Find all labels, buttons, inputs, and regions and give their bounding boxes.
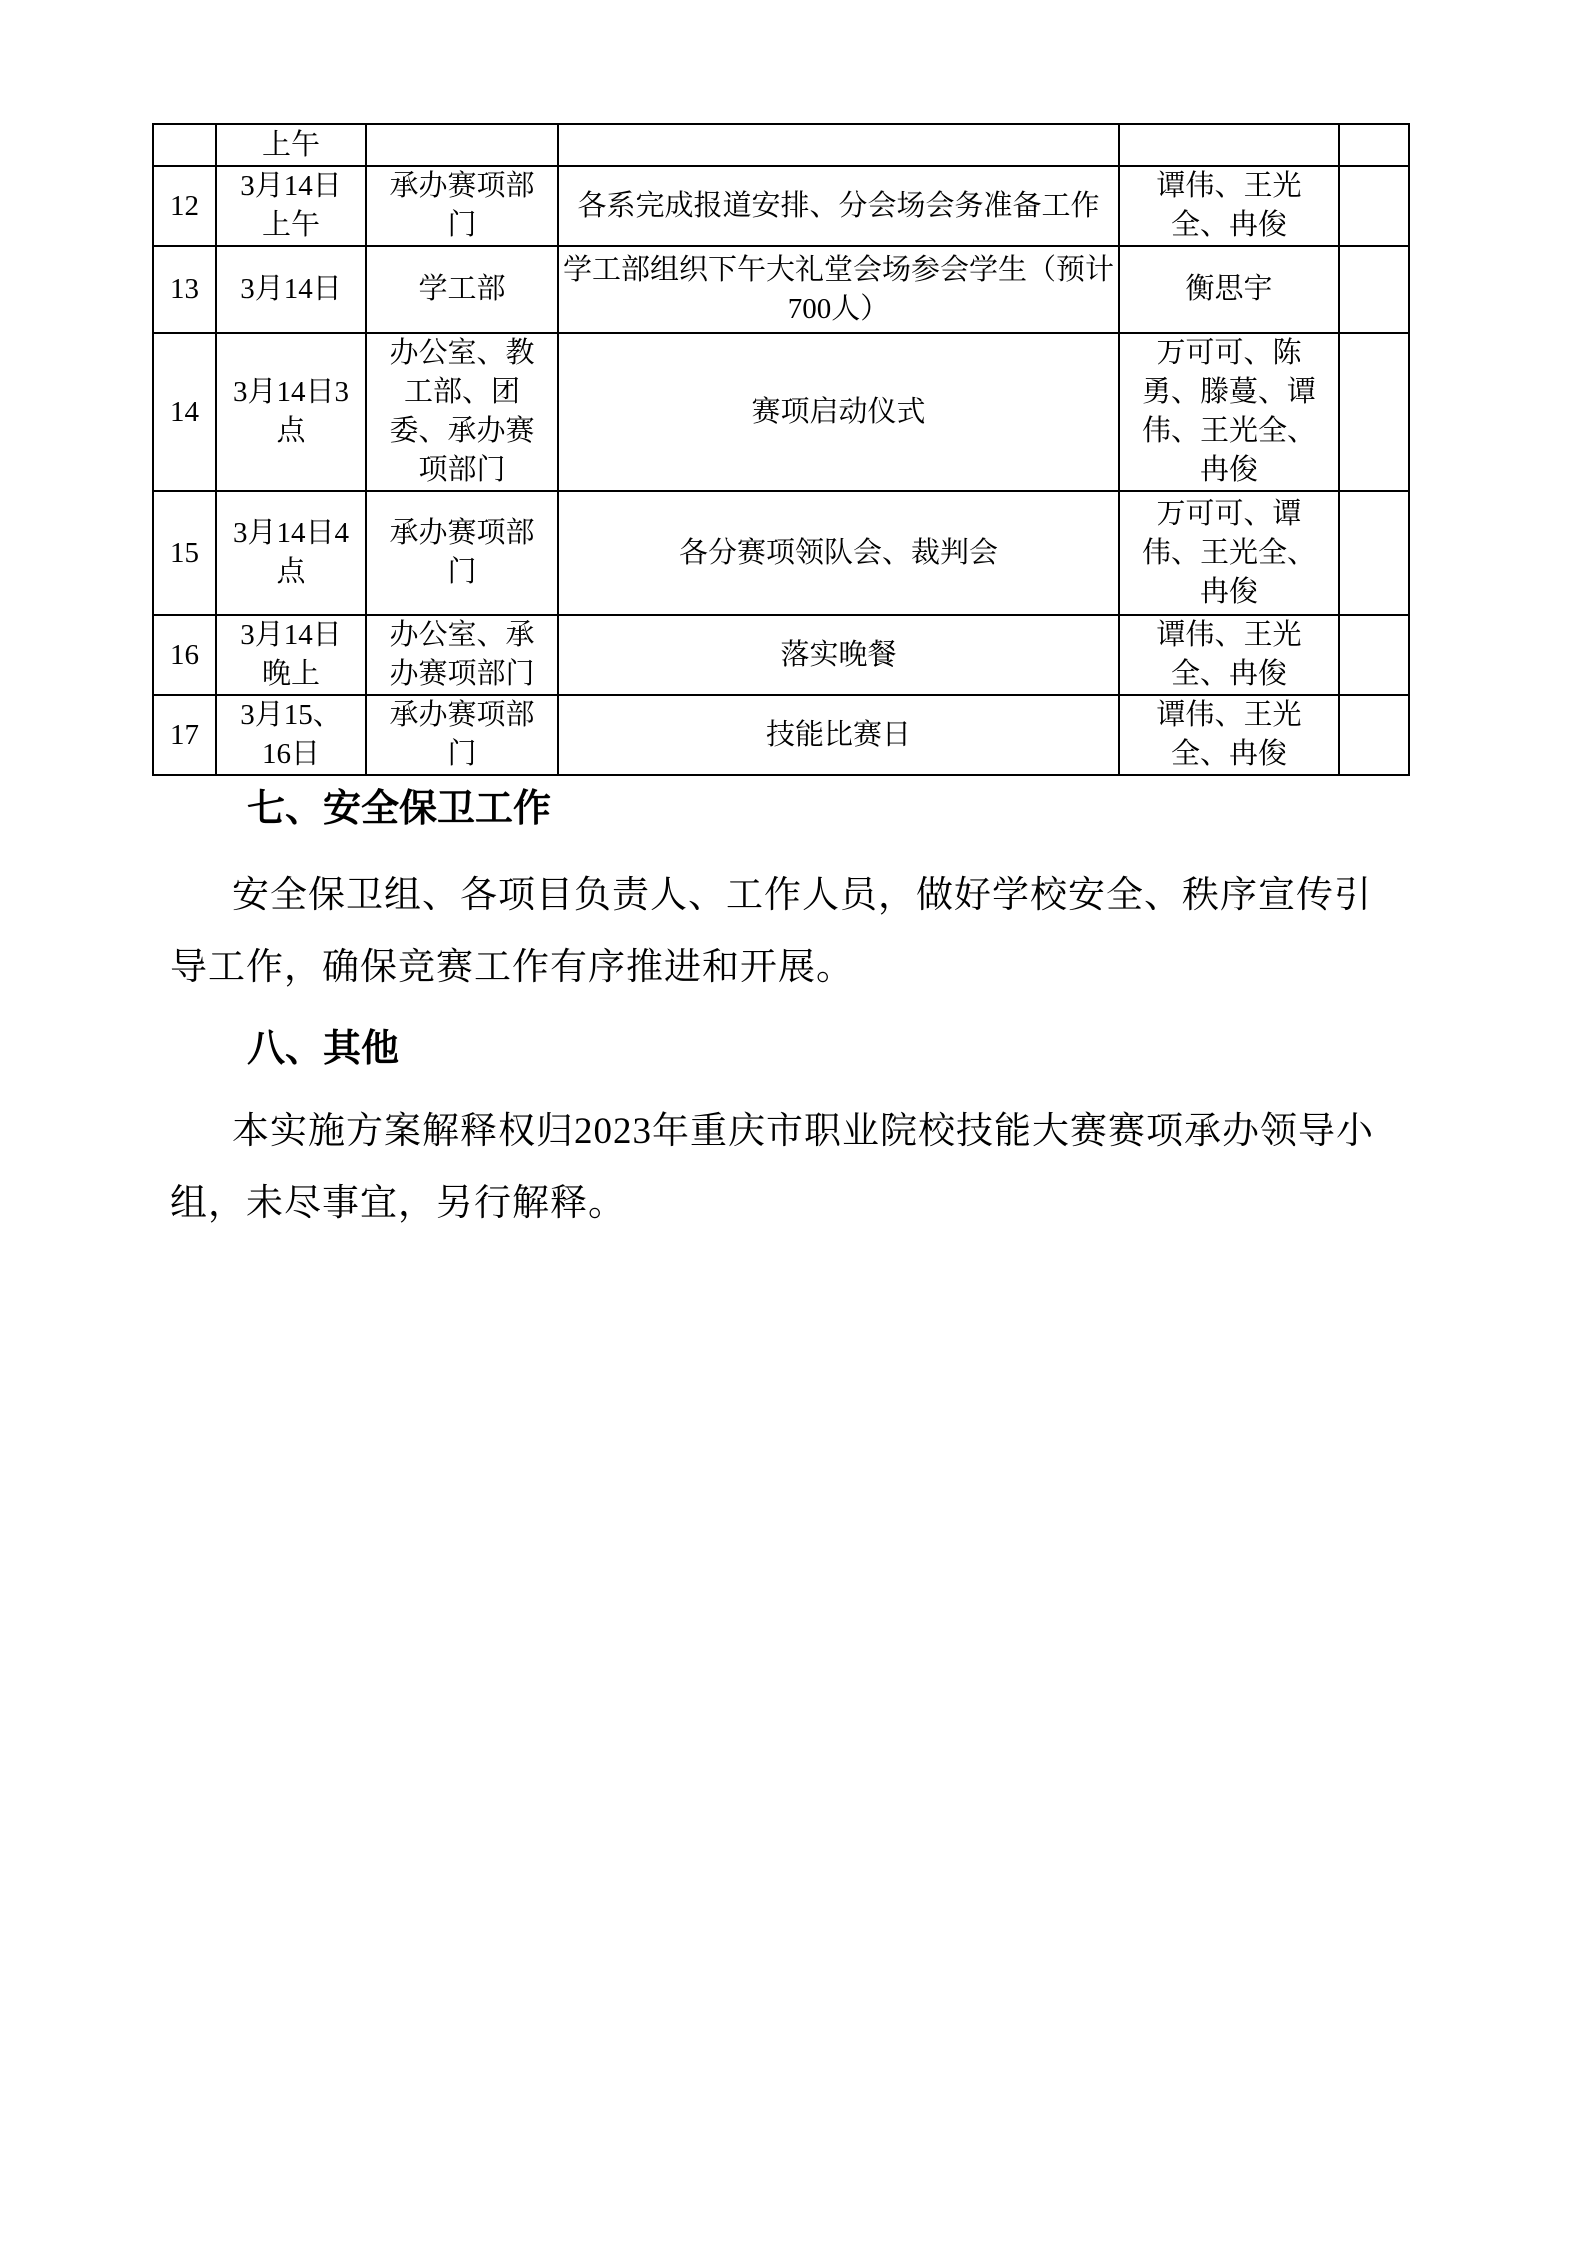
cell-department: 承办赛项部 门 bbox=[366, 491, 558, 615]
cell-no: 12 bbox=[153, 166, 216, 246]
cell-date: 3月14日3 点 bbox=[216, 333, 366, 491]
cell-department: 学工部 bbox=[366, 246, 558, 333]
cell-department: 办公室、承 办赛项部门 bbox=[366, 615, 558, 695]
cell-task: 技能比赛日 bbox=[558, 695, 1119, 775]
cell-no: 15 bbox=[153, 491, 216, 615]
schedule-table: 上午 12 3月14日 上午 承办赛项部 门 各系完成报道安排、分会场会务准备工… bbox=[152, 123, 1410, 776]
cell-note bbox=[1339, 491, 1409, 615]
cell-no bbox=[153, 124, 216, 166]
cell-task: 学工部组织下午大礼堂会场参会学生（预计 700人） bbox=[558, 246, 1119, 333]
cell-date: 3月14日 晚上 bbox=[216, 615, 366, 695]
cell-no: 14 bbox=[153, 333, 216, 491]
cell-note bbox=[1339, 333, 1409, 491]
cell-no: 13 bbox=[153, 246, 216, 333]
cell-people: 谭伟、王光 全、冉俊 bbox=[1119, 695, 1339, 775]
section-heading-other: 八、其他 bbox=[247, 1025, 399, 1073]
cell-task: 赛项启动仪式 bbox=[558, 333, 1119, 491]
cell-date: 3月14日 上午 bbox=[216, 166, 366, 246]
cell-no: 16 bbox=[153, 615, 216, 695]
cell-no: 17 bbox=[153, 695, 216, 775]
cell-note bbox=[1339, 615, 1409, 695]
document-page: 上午 12 3月14日 上午 承办赛项部 门 各系完成报道安排、分会场会务准备工… bbox=[0, 0, 1588, 2245]
table-row-15: 15 3月14日4 点 承办赛项部 门 各分赛项领队会、裁判会 万可可、谭 伟、… bbox=[153, 491, 1409, 615]
cell-note bbox=[1339, 246, 1409, 333]
section-heading-security: 七、安全保卫工作 bbox=[247, 785, 551, 833]
table-row-carryover: 上午 bbox=[153, 124, 1409, 166]
section-paragraph-security: 安全保卫组、各项目负责人、工作人员，做好学校安全、秩序宣传引 导工作，确保竞赛工… bbox=[170, 860, 1440, 1004]
cell-people: 衡思宇 bbox=[1119, 246, 1339, 333]
cell-task: 各分赛项领队会、裁判会 bbox=[558, 491, 1119, 615]
table-row-13: 13 3月14日 学工部 学工部组织下午大礼堂会场参会学生（预计 700人） 衡… bbox=[153, 246, 1409, 333]
cell-people: 谭伟、王光 全、冉俊 bbox=[1119, 166, 1339, 246]
section-paragraph-other: 本实施方案解释权归2023年重庆市职业院校技能大赛赛项承办领导小 组，未尽事宜，… bbox=[170, 1096, 1440, 1240]
cell-date: 3月15、 16日 bbox=[216, 695, 366, 775]
cell-department: 承办赛项部 门 bbox=[366, 166, 558, 246]
cell-department bbox=[366, 124, 558, 166]
cell-task: 各系完成报道安排、分会场会务准备工作 bbox=[558, 166, 1119, 246]
cell-date: 3月14日4 点 bbox=[216, 491, 366, 615]
cell-department: 承办赛项部 门 bbox=[366, 695, 558, 775]
cell-date: 3月14日 bbox=[216, 246, 366, 333]
table-row-17: 17 3月15、 16日 承办赛项部 门 技能比赛日 谭伟、王光 全、冉俊 bbox=[153, 695, 1409, 775]
cell-note bbox=[1339, 166, 1409, 246]
table-row-12: 12 3月14日 上午 承办赛项部 门 各系完成报道安排、分会场会务准备工作 谭… bbox=[153, 166, 1409, 246]
cell-department: 办公室、教 工部、团 委、承办赛 项部门 bbox=[366, 333, 558, 491]
cell-note bbox=[1339, 124, 1409, 166]
cell-task bbox=[558, 124, 1119, 166]
cell-task: 落实晚餐 bbox=[558, 615, 1119, 695]
table-row-16: 16 3月14日 晚上 办公室、承 办赛项部门 落实晚餐 谭伟、王光 全、冉俊 bbox=[153, 615, 1409, 695]
cell-note bbox=[1339, 695, 1409, 775]
cell-people bbox=[1119, 124, 1339, 166]
cell-date: 上午 bbox=[216, 124, 366, 166]
cell-people: 万可可、陈 勇、滕蔓、谭 伟、王光全、 冉俊 bbox=[1119, 333, 1339, 491]
cell-people: 万可可、谭 伟、王光全、 冉俊 bbox=[1119, 491, 1339, 615]
cell-people: 谭伟、王光 全、冉俊 bbox=[1119, 615, 1339, 695]
table-row-14: 14 3月14日3 点 办公室、教 工部、团 委、承办赛 项部门 赛项启动仪式 … bbox=[153, 333, 1409, 491]
